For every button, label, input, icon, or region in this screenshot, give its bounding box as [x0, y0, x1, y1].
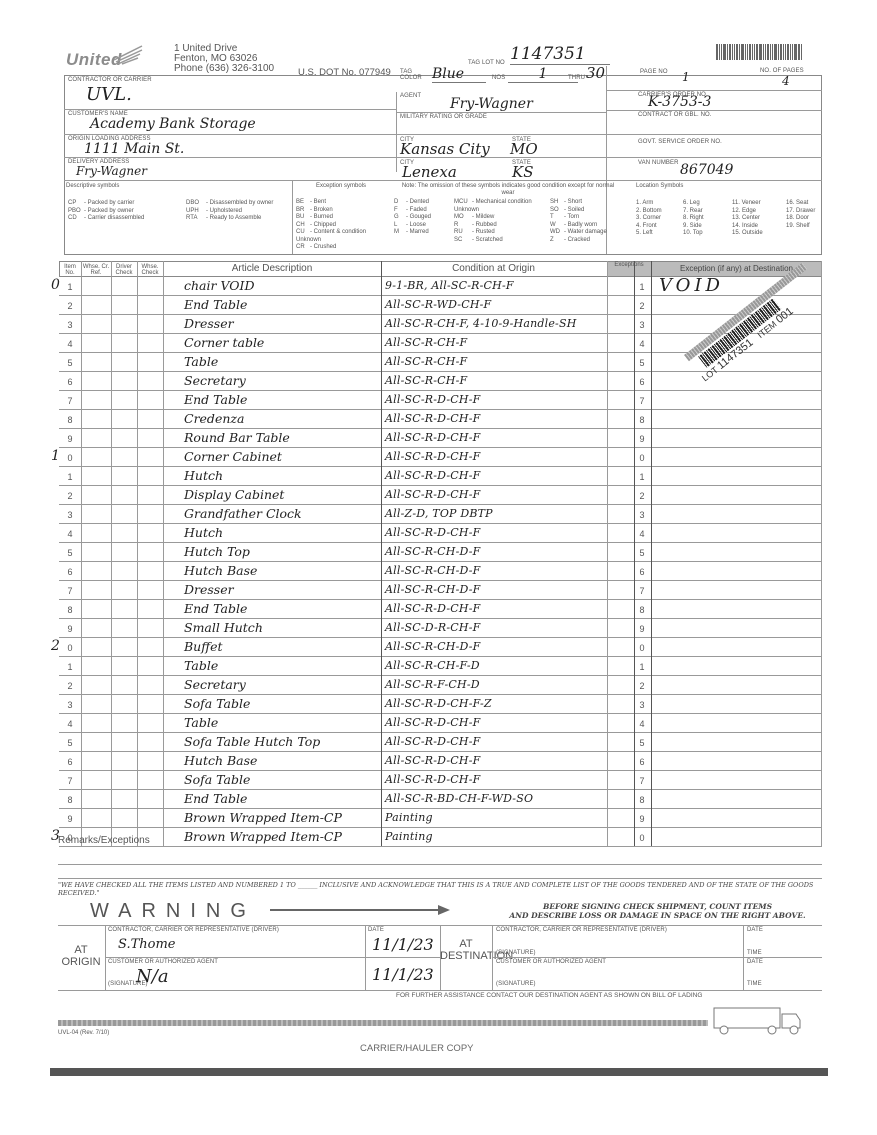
condition-at-origin: All-SC-R-D-CH-F: [385, 735, 480, 748]
item-number: 5: [59, 738, 81, 748]
table-row: 8CredenzaAll-SC-R-D-CH-F8: [59, 410, 822, 429]
legend-entry: SC- Scratched: [454, 237, 544, 245]
article-description: Sofa Table: [184, 772, 250, 787]
item-number: 7: [59, 586, 81, 596]
condition-at-origin: All-SC-R-CH-F: [385, 336, 467, 349]
legend-entry: 14. Inside: [732, 223, 782, 231]
item-number-right: 5: [634, 548, 650, 558]
header-item-no: Item No.: [59, 264, 81, 276]
item-number-right: 3: [634, 510, 650, 520]
page-no-label: Page No: [640, 69, 668, 75]
article-description: Brown Wrapped Item-CP: [184, 829, 342, 844]
legend-entry: 16. Seat: [786, 200, 826, 208]
article-description: Corner Cabinet: [184, 449, 282, 464]
condition-at-origin: All-SC-R-CH-F, 4-10-9-Handle-SH: [385, 317, 577, 330]
article-description: Hutch Base: [184, 563, 257, 578]
origin-driver-date: 11/1/23: [372, 935, 434, 954]
legend-entry: T- Torn: [550, 214, 626, 222]
contractor-label: Contractor or Carrier: [68, 77, 152, 83]
item-number-right: 7: [634, 586, 650, 596]
item-number: 0: [59, 453, 81, 463]
origin-driver-label: CONTRACTOR, CARRIER OR REPRESENTATIVE (D…: [108, 927, 279, 933]
item-number-right: 9: [634, 814, 650, 824]
form-id: UVL-04 (Rev. 7/10): [58, 1030, 109, 1036]
van-number-label: Van Number: [638, 160, 679, 166]
table-row: 2End TableAll-SC-R-WD-CH-F2: [59, 296, 822, 315]
legend-entry: F- Faded: [394, 207, 454, 215]
item-number-right: 4: [634, 339, 650, 349]
table-row: 30Brown Wrapped Item-CPPainting0: [59, 828, 822, 847]
item-number-right: 2: [634, 301, 650, 311]
article-description: Hutch: [184, 525, 223, 540]
legend-entry: R- Rubbed: [454, 222, 544, 230]
header-article-description: Article Description: [163, 264, 381, 274]
origin-customer-date: 11/1/23: [372, 965, 434, 984]
condition-at-origin: All-SC-R-D-CH-F-Z: [385, 697, 492, 710]
article-description: Secretary: [184, 373, 246, 388]
item-number: 4: [59, 339, 81, 349]
legend-entry: SO- Soiled: [550, 207, 626, 215]
condition-at-origin: All-Z-D, TOP DBTP: [385, 507, 493, 520]
article-description: Table: [184, 658, 218, 673]
condition-at-origin: All-SC-R-D-CH-F: [385, 412, 480, 425]
dest-date-label-1: DATE: [747, 927, 763, 933]
item-number: 1: [59, 282, 81, 292]
condition-at-origin: All-SC-R-CH-D-F: [385, 583, 480, 596]
agent-value: Fry-Wagner: [450, 96, 533, 112]
delivery-address-value: Fry-Wagner: [76, 164, 147, 178]
condition-at-origin: All-SC-R-CH-D-F: [385, 545, 480, 558]
item-number: 4: [59, 529, 81, 539]
dest-date-label-2: DATE: [747, 959, 763, 965]
table-row: 7End TableAll-SC-R-D-CH-F7: [59, 391, 822, 410]
military-label: Military Rating or Grade: [400, 114, 487, 120]
legend-entry: SH- Short: [550, 199, 626, 207]
item-number-right: 3: [634, 700, 650, 710]
legend-entry: 8. Right: [683, 215, 728, 223]
no-of-pages-value: 4: [782, 74, 790, 88]
article-description: Table: [184, 715, 218, 730]
table-row: 20BuffetAll-SC-R-CH-D-F0: [59, 638, 822, 657]
eagle-wings-icon: [112, 44, 144, 66]
legend-entry: 3. Corner: [636, 215, 681, 223]
table-row: 9Small HutchAll-SC-D-R-CH-F9: [59, 619, 822, 638]
carrier-order-value: K-3753-3: [648, 94, 711, 110]
table-row: 5Hutch TopAll-SC-R-CH-D-F5: [59, 543, 822, 562]
contractor-value: UVL.: [86, 84, 132, 105]
legend-entry: 9. Side: [683, 223, 728, 231]
legend-entry: 2. Bottom: [636, 208, 681, 216]
item-number: 8: [59, 795, 81, 805]
item-number: 7: [59, 776, 81, 786]
header-whse-check: Whse. Check: [137, 264, 163, 276]
table-row: 5Sofa Table Hutch TopAll-SC-R-D-CH-F5: [59, 733, 822, 752]
article-description: Dresser: [184, 316, 234, 331]
item-number: 1: [59, 472, 81, 482]
customer-value: Academy Bank Storage: [90, 116, 256, 132]
legend-entry: UPH- Upholstered: [186, 208, 296, 216]
phone: Phone (636) 326-3100: [174, 64, 274, 74]
origin-city-value: Kansas City: [400, 140, 490, 158]
article-description: chair VOID: [184, 278, 254, 293]
condition-at-origin: All-SC-R-F-CH-D: [385, 678, 480, 691]
item-number-right: 7: [634, 396, 650, 406]
footer-bar: [58, 1020, 708, 1026]
legend-entry: 5. Left: [636, 230, 681, 238]
tag-color-label: Tag Color: [400, 69, 422, 81]
article-description: Brown Wrapped Item-CP: [184, 810, 342, 825]
item-number-right: 1: [634, 472, 650, 482]
table-row: 7Sofa TableAll-SC-R-D-CH-F7: [59, 771, 822, 790]
legend-entry: 1. Arm: [636, 200, 681, 208]
table-row: 9Brown Wrapped Item-CPPainting9: [59, 809, 822, 828]
exception-note: Note: The omission of these symbols indi…: [398, 183, 618, 197]
item-number-right: 2: [634, 491, 650, 501]
descriptive-symbols-title: Descriptive symbols: [66, 183, 119, 189]
table-row: 8End TableAll-SC-R-D-CH-F8: [59, 600, 822, 619]
at-destination-label: AT DESTINATION: [440, 938, 492, 962]
legend-entry: BR- Broken: [296, 207, 386, 215]
article-description: Buffet: [184, 639, 223, 654]
item-number-right: 6: [634, 757, 650, 767]
legend-entry: RTA- Ready to Assemble: [186, 215, 296, 223]
item-number-right: 4: [634, 719, 650, 729]
item-number: 4: [59, 719, 81, 729]
origin-driver-signature: S.Thome: [118, 937, 175, 952]
item-number: 6: [59, 757, 81, 767]
legend-entry: 12. Edge: [732, 208, 782, 216]
origin-address-value: 1111 Main St.: [84, 141, 184, 157]
warning-text-line1: BEFORE SIGNING CHECK SHIPMENT, COUNT ITE…: [500, 902, 815, 911]
legend-entry: CP- Packed by carrier: [68, 200, 178, 208]
copy-label: CARRIER/HAULER COPY: [360, 1043, 474, 1054]
item-number: 9: [59, 434, 81, 444]
legend-entry: Z- Cracked: [550, 237, 626, 245]
warning-text-line2: AND DESCRIBE LOSS OR DAMAGE IN SPACE ON …: [500, 911, 815, 920]
condition-at-origin: All-SC-R-D-CH-F: [385, 602, 480, 615]
legend-entry: 10. Top: [683, 230, 728, 238]
item-number-right: 5: [634, 738, 650, 748]
legend-entry: 6. Leg: [683, 200, 728, 208]
item-number-right: 4: [634, 529, 650, 539]
condition-at-origin: Painting: [385, 830, 433, 843]
table-row: 3Sofa TableAll-SC-R-D-CH-F-Z3: [59, 695, 822, 714]
legend-entry: BU- Burned: [296, 214, 386, 222]
thru-value: 30: [586, 64, 605, 82]
table-row: 6Hutch BaseAll-SC-R-CH-D-F6: [59, 562, 822, 581]
company-address: 1 United Drive Fenton, MO 63026 Phone (6…: [174, 44, 274, 74]
item-number: 6: [59, 377, 81, 387]
table-row: 3DresserAll-SC-R-CH-F, 4-10-9-Handle-SH3: [59, 315, 822, 334]
condition-at-origin: All-SC-R-CH-F-D: [385, 659, 480, 672]
legend-entry: BE- Bent: [296, 199, 386, 207]
condition-at-origin: All-SC-D-R-CH-F: [385, 621, 480, 634]
item-number-right: 5: [634, 358, 650, 368]
location-symbols-title: Location Symbols: [636, 183, 683, 189]
legend-entry: MCU- Mechanical condition Unknown: [454, 199, 544, 214]
legend-entry: CD- Carrier disassembled: [68, 215, 178, 223]
page-no-value: 1: [682, 70, 690, 84]
item-number: 5: [59, 358, 81, 368]
delivery-state-value: KS: [512, 163, 533, 181]
condition-at-origin: All-SC-R-CH-F: [385, 374, 467, 387]
table-row: 3Grandfather ClockAll-Z-D, TOP DBTP3: [59, 505, 822, 524]
header-driver-check: Driver Check: [111, 264, 137, 276]
tag-lot-value: 1147351: [510, 44, 610, 65]
item-number-right: 6: [634, 377, 650, 387]
item-number: 6: [59, 567, 81, 577]
item-number: 9: [59, 624, 81, 634]
condition-at-origin: All-SC-R-D-CH-F: [385, 716, 480, 729]
item-number-right: 9: [634, 434, 650, 444]
assistance-text: FOR FURTHER ASSISTANCE CONTACT OUR DESTI…: [396, 992, 702, 999]
item-number-right: 0: [634, 643, 650, 653]
item-number-right: 8: [634, 415, 650, 425]
item-number-right: 6: [634, 567, 650, 577]
legend-entry: M- Marred: [394, 229, 454, 237]
article-description: End Table: [184, 601, 247, 616]
article-description: End Table: [184, 791, 247, 806]
table-row: 2Display CabinetAll-SC-R-D-CH-F2: [59, 486, 822, 505]
header-whse-cr-ref: Whse. Cr. Ref.: [81, 264, 111, 276]
article-description: End Table: [184, 297, 247, 312]
legend-entry: 15. Outside: [732, 230, 782, 238]
table-row: 9Round Bar TableAll-SC-R-D-CH-F9: [59, 429, 822, 448]
origin-customer-signature: N/a: [136, 966, 169, 987]
article-description: Display Cabinet: [184, 487, 284, 502]
condition-at-origin: All-SC-R-D-CH-F: [385, 773, 480, 786]
warning-title: WARNING: [90, 900, 256, 923]
contract-label: Contract or GBL. No.: [638, 112, 712, 118]
legend-entry: CR- Crushed: [296, 244, 386, 252]
dest-time-label-1: TIME: [747, 950, 762, 956]
item-number: 2: [59, 301, 81, 311]
truck-icon: [712, 1006, 812, 1036]
article-description: Small Hutch: [184, 620, 263, 635]
thru-label: THRU: [568, 75, 585, 81]
at-origin-label: AT ORIGIN: [58, 944, 104, 968]
article-description: Hutch Top: [184, 544, 250, 559]
dest-customer-signature-label: (SIGNATURE): [496, 981, 536, 987]
table-row: 6Hutch BaseAll-SC-R-D-CH-F6: [59, 752, 822, 771]
article-description: Sofa Table Hutch Top: [184, 734, 320, 749]
exception-symbols-title: Exception symbols: [316, 183, 366, 189]
table-row: 4HutchAll-SC-R-D-CH-F4: [59, 524, 822, 543]
condition-at-origin: All-SC-R-D-CH-F: [385, 754, 480, 767]
item-number: 3: [59, 510, 81, 520]
item-number-right: 8: [634, 795, 650, 805]
item-number: 9: [59, 814, 81, 824]
legend-entry: 17. Drawer: [786, 208, 826, 216]
dest-time-label-2: TIME: [747, 981, 762, 987]
condition-at-origin: All-SC-R-D-CH-F: [385, 526, 480, 539]
condition-at-origin: All-SC-R-WD-CH-F: [385, 298, 491, 311]
origin-state-value: MO: [510, 140, 538, 158]
dest-driver-label: CONTRACTOR, CARRIER OR REPRESENTATIVE (D…: [496, 927, 667, 933]
agent-label: Agent: [400, 93, 421, 99]
item-number: 8: [59, 605, 81, 615]
delivery-city-value: Lenexa: [402, 163, 457, 181]
table-row: 10Corner CabinetAll-SC-R-D-CH-F0: [59, 448, 822, 467]
item-number: 2: [59, 491, 81, 501]
legend-entry: PBO- Packed by owner: [68, 208, 178, 216]
item-number: 3: [59, 320, 81, 330]
header-exceptions: Exceptions: [607, 262, 651, 276]
legend-entry: MO- Mildew: [454, 214, 544, 222]
item-number-right: 0: [634, 833, 650, 843]
arrow-right-icon: [270, 904, 450, 916]
condition-at-origin: All-SC-R-CH-F: [385, 355, 467, 368]
legend-entry: D- Dented: [394, 199, 454, 207]
table-row: 7DresserAll-SC-R-CH-D-F7: [59, 581, 822, 600]
item-number: 7: [59, 396, 81, 406]
table-row: 2SecretaryAll-SC-R-F-CH-D2: [59, 676, 822, 695]
condition-at-origin: All-SC-R-BD-CH-F-WD-SO: [385, 792, 533, 805]
legend-entry: CH- Chipped: [296, 222, 386, 230]
article-description: Grandfather Clock: [184, 506, 302, 521]
nos-label: NOS: [492, 75, 505, 81]
article-description: Corner table: [184, 335, 264, 350]
item-number: 0: [59, 643, 81, 653]
article-description: Dresser: [184, 582, 234, 597]
item-number-right: 9: [634, 624, 650, 634]
table-row: 01chair VOID9-1-BR, All-SC-R-CH-F1VOID: [59, 277, 822, 296]
item-number-right: 1: [634, 662, 650, 672]
tag-color-value: Blue: [432, 66, 486, 83]
legend-entry: W- Badly worn: [550, 222, 626, 230]
legend-entry: 11. Veneer: [732, 200, 782, 208]
article-description: Sofa Table: [184, 696, 250, 711]
condition-at-origin: All-SC-R-D-CH-F: [385, 469, 480, 482]
table-row: 8End TableAll-SC-R-BD-CH-F-WD-SO8: [59, 790, 822, 809]
item-number: 1: [59, 662, 81, 672]
origin-date-label: DATE: [368, 927, 384, 933]
item-number-right: 2: [634, 681, 650, 691]
article-description: Hutch: [184, 468, 223, 483]
article-description: Hutch Base: [184, 753, 257, 768]
legend-entry: CU- Content & condition Unknown: [296, 229, 386, 244]
dest-customer-label: CUSTOMER OR AUTHORIZED AGENT: [496, 959, 606, 965]
condition-at-origin: All-SC-R-D-CH-F: [385, 393, 480, 406]
item-number-right: 3: [634, 320, 650, 330]
table-row: 1HutchAll-SC-R-D-CH-F1: [59, 467, 822, 486]
condition-at-origin: All-SC-R-CH-D-F: [385, 640, 480, 653]
legend-entry: 19. Shelf: [786, 223, 826, 231]
govt-order-label: Govt. Service Order No.: [638, 139, 722, 145]
origin-customer-label: CUSTOMER OR AUTHORIZED AGENT: [108, 959, 218, 965]
article-description: Round Bar Table: [184, 430, 290, 445]
bottom-bar: [50, 1068, 828, 1076]
dest-driver-signature-label: (SIGNATURE): [496, 950, 536, 956]
item-number: 8: [59, 415, 81, 425]
exception-at-destination: VOID: [659, 275, 724, 296]
header-condition-at-origin: Condition at Origin: [381, 264, 606, 274]
condition-at-origin: All-SC-R-CH-D-F: [385, 564, 480, 577]
item-number-right: 0: [634, 453, 650, 463]
van-number-value: 867049: [680, 162, 733, 178]
condition-at-origin: All-SC-R-D-CH-F: [385, 488, 480, 501]
condition-at-origin: 9-1-BR, All-SC-R-CH-F: [385, 279, 514, 292]
item-number: 5: [59, 548, 81, 558]
legend-entry: 4. Front: [636, 223, 681, 231]
legend-entry: G- Gouged: [394, 214, 454, 222]
condition-at-origin: All-SC-R-D-CH-F: [385, 450, 480, 463]
legend-entry: 13. Center: [732, 215, 782, 223]
legend-entry: WD- Water damage: [550, 229, 626, 237]
item-number: 2: [59, 681, 81, 691]
article-description: End Table: [184, 392, 247, 407]
condition-at-origin: All-SC-R-D-CH-F: [385, 431, 480, 444]
table-row: 4TableAll-SC-R-D-CH-F4: [59, 714, 822, 733]
remarks-label: Remarks/Exceptions: [58, 835, 150, 846]
barcode-icon: [716, 44, 826, 60]
certification-statement: "WE HAVE CHECKED ALL THE ITEMS LISTED AN…: [58, 881, 822, 897]
article-description: Credenza: [184, 411, 244, 426]
legend-entry: L- Loose: [394, 222, 454, 230]
item-number-right: 1: [634, 282, 650, 292]
legend-entry: 7. Rear: [683, 208, 728, 216]
condition-at-origin: Painting: [385, 811, 433, 824]
article-description: Secretary: [184, 677, 246, 692]
item-number: 3: [59, 700, 81, 710]
legend-entry: 18. Door: [786, 215, 826, 223]
legend-entry: RU- Rusted: [454, 229, 544, 237]
item-number-right: 7: [634, 776, 650, 786]
table-row: 1TableAll-SC-R-CH-F-D1: [59, 657, 822, 676]
article-description: Table: [184, 354, 218, 369]
item-number-right: 8: [634, 605, 650, 615]
legend-entry: DBO- Disassembled by owner: [186, 200, 296, 208]
